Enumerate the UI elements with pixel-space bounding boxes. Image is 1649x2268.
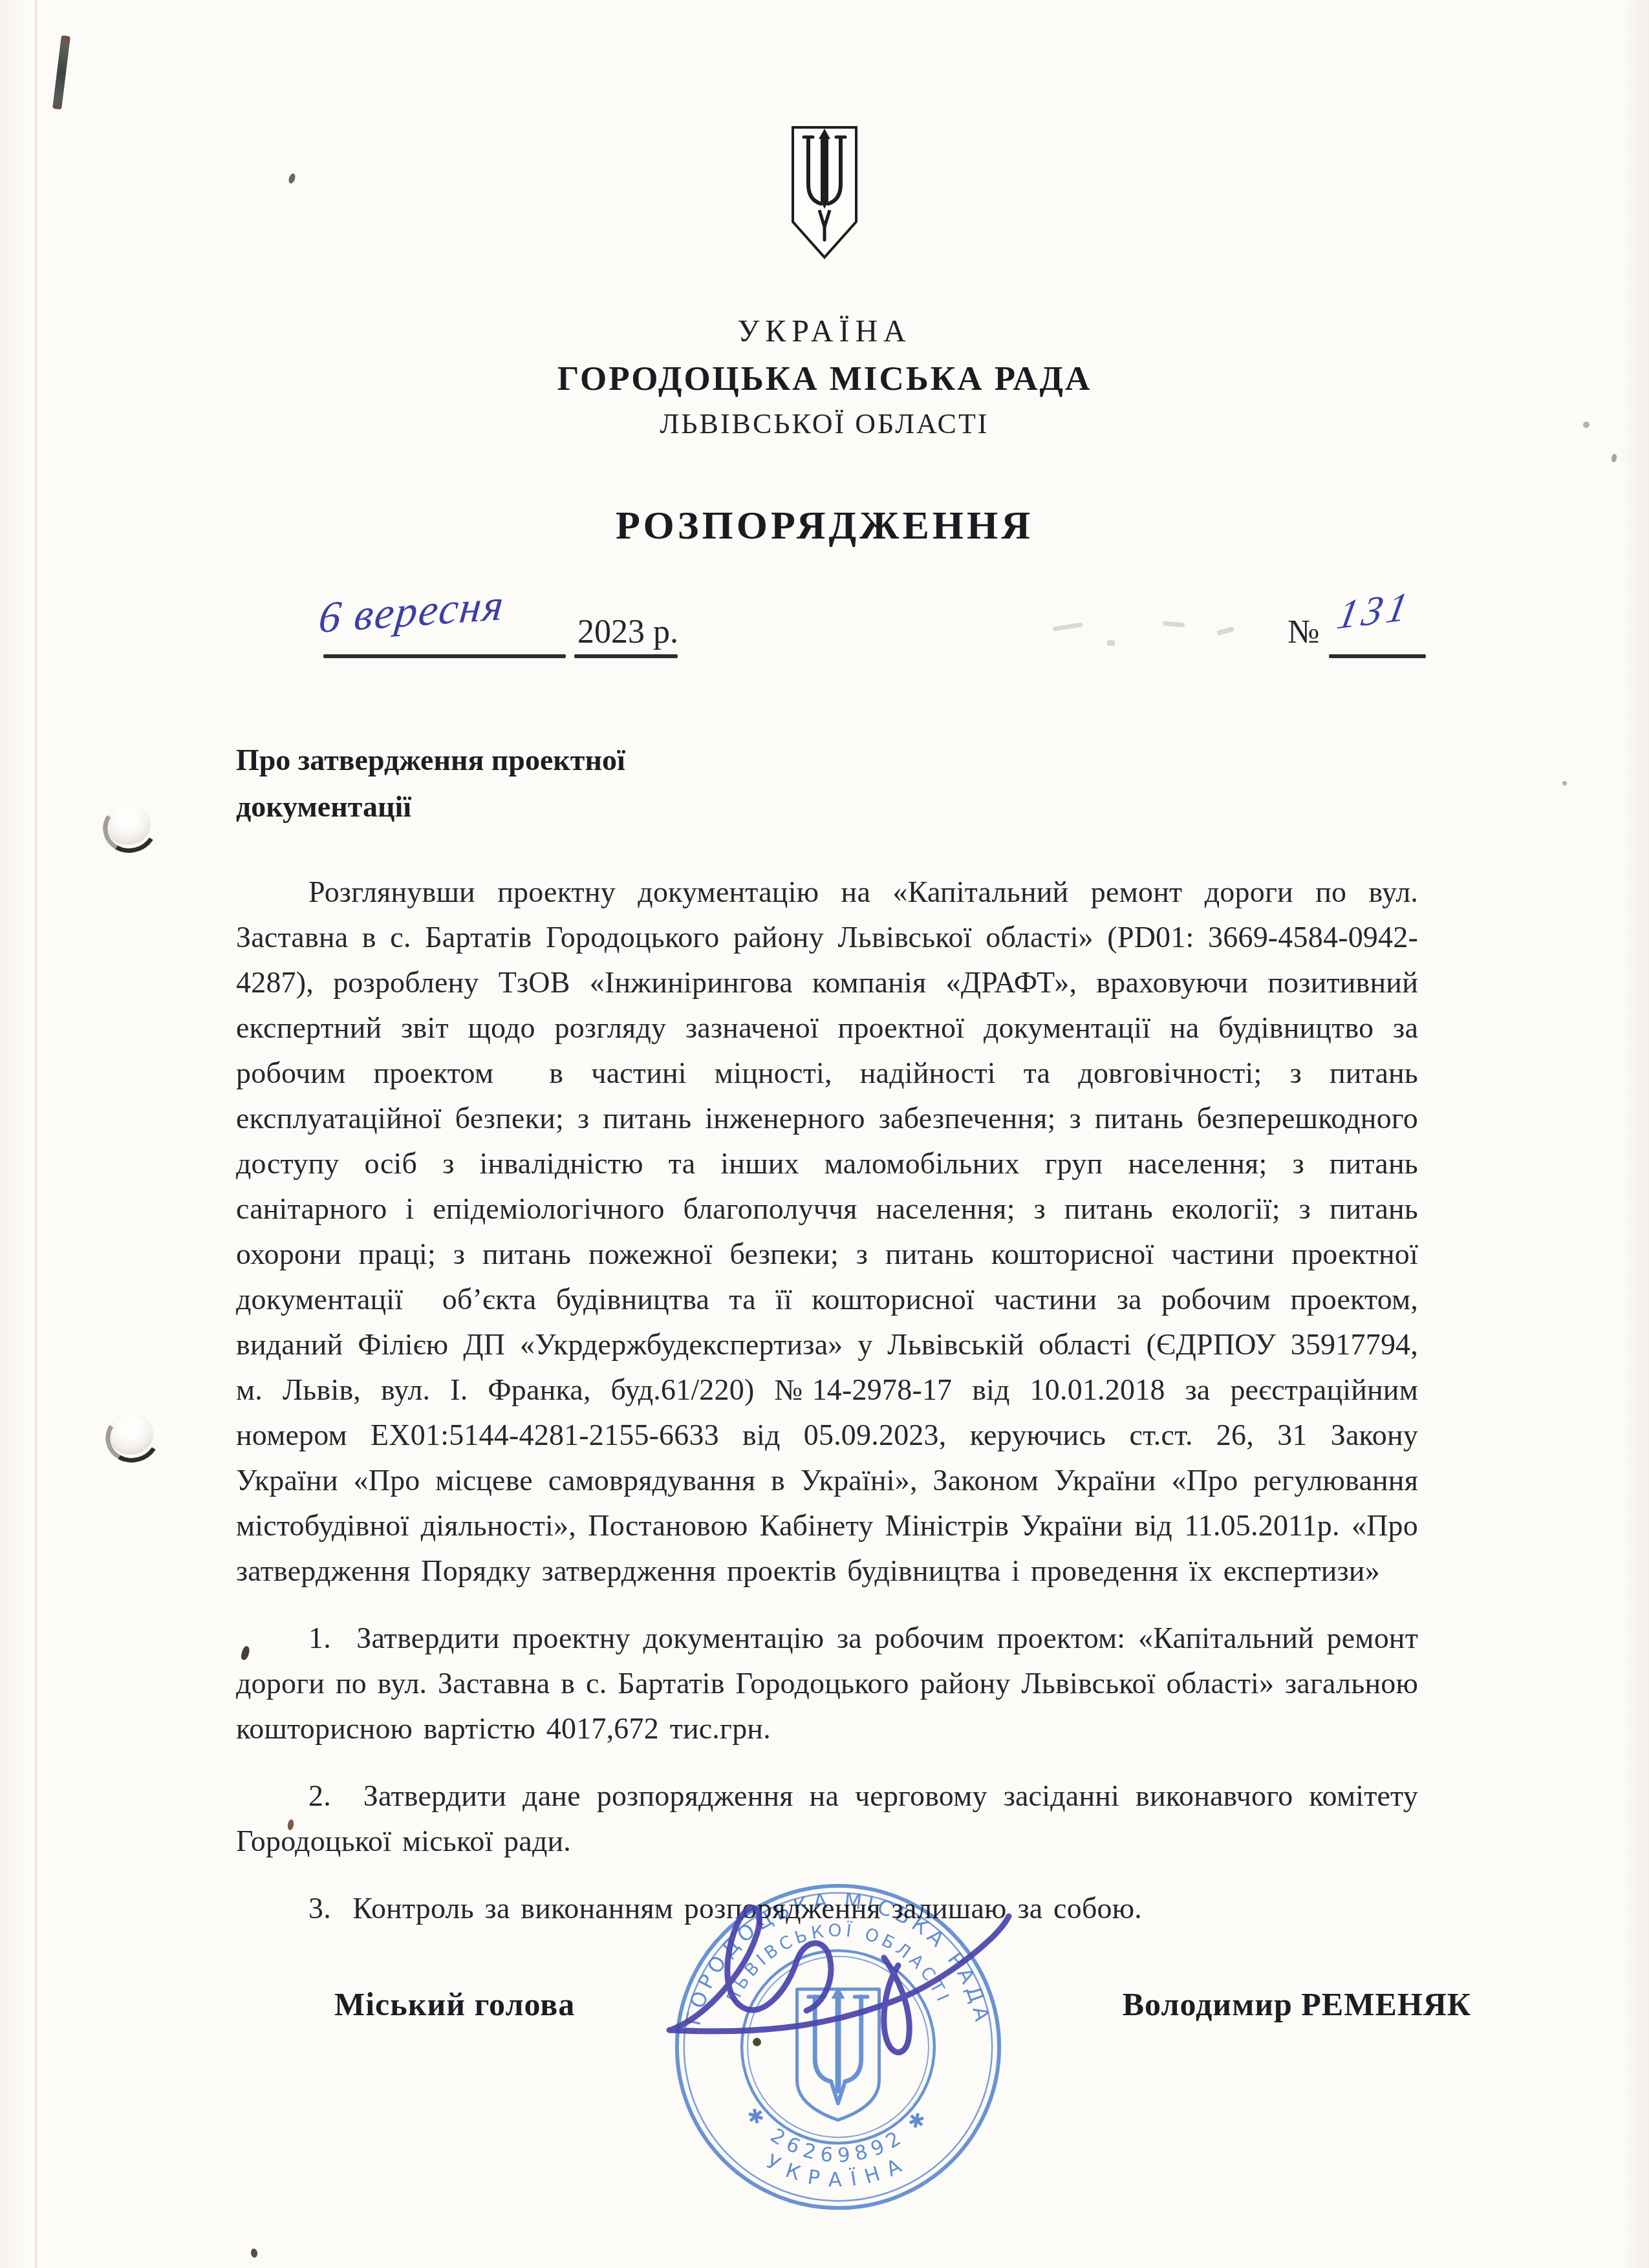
- pencil-smudge: [1053, 622, 1083, 631]
- ukraine-trident-emblem: [788, 124, 861, 261]
- document-type-title: РОЗПОРЯДЖЕННЯ: [0, 503, 1649, 549]
- pencil-smudge: [1163, 621, 1185, 628]
- staple-mark: [52, 36, 70, 110]
- number-block: № 131: [1284, 595, 1497, 698]
- date-underline: [323, 654, 566, 658]
- subject-line-2: документації: [236, 784, 818, 830]
- handwritten-number: 131: [1333, 583, 1416, 639]
- resolution-item-1: 1. Затвердити проектну документацію за р…: [236, 1616, 1418, 1751]
- hole-punch-top: [105, 804, 151, 845]
- date-block: 6 вересня 2023 р.: [236, 595, 740, 698]
- subject-line-1: Про затвердження проектної: [236, 737, 818, 784]
- scan-speck: [1562, 781, 1567, 786]
- scan-speck: [1611, 453, 1618, 462]
- signature-scribble: [630, 1861, 1057, 2087]
- country-title: УКРАЇНА: [0, 314, 1649, 349]
- scan-speck: [250, 2248, 258, 2258]
- handwritten-date: 6 вересня: [316, 579, 507, 644]
- pencil-smudge: [1216, 626, 1234, 636]
- year-underline: [574, 654, 678, 658]
- number-underline: [1329, 654, 1426, 658]
- pencil-smudge: [1107, 640, 1115, 646]
- number-sign: №: [1288, 613, 1320, 651]
- document-body: Розглянувши проектну документацію на «Ка…: [236, 870, 1418, 2023]
- hole-punch-bottom: [108, 1413, 153, 1455]
- main-paragraph: Розглянувши проектну документацію на «Ка…: [236, 870, 1418, 1594]
- document-page: УКРАЇНА ГОРОДОЦЬКА МІСЬКА РАДА ЛЬВІВСЬКО…: [0, 0, 1649, 2268]
- signer-name: Володимир РЕМЕНЯК: [1123, 1985, 1471, 2023]
- subject-heading: Про затвердження проектної документації: [236, 737, 818, 830]
- council-title: ГОРОДОЦЬКА МІСЬКА РАДА: [0, 359, 1649, 398]
- resolution-item-2: 2. Затвердити дане розпорядження на черг…: [236, 1773, 1418, 1864]
- region-title: ЛЬВІВСЬКОЇ ОБЛАСТІ: [0, 407, 1649, 440]
- typed-year: 2023 р.: [577, 613, 678, 651]
- scan-speck: [288, 173, 297, 184]
- signer-title: Міський голова: [236, 1985, 575, 2023]
